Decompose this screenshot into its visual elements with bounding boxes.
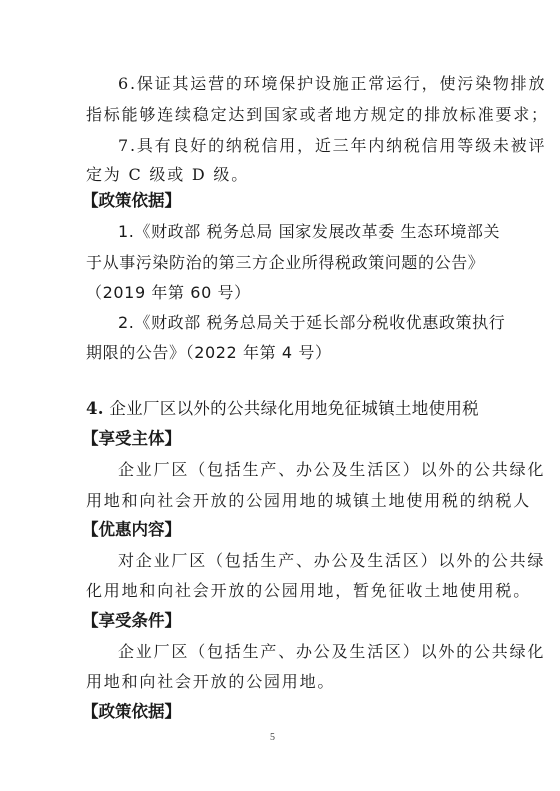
- policy-basis-1-line-3: （2019 年第 60 号）: [86, 283, 481, 303]
- policy-basis-1-line-1: 1.《财政部 税务总局 国家发展改革委 生态环境部关: [118, 222, 481, 242]
- conditions-line-2: 用地和向社会开放的公园用地。: [86, 672, 481, 692]
- condition-7-line-2: 定为 C 级或 D 级。: [86, 165, 481, 185]
- page-number: 5: [270, 732, 275, 743]
- content-heading: 【优惠内容】: [82, 520, 477, 540]
- beneficiary-heading: 【享受主体】: [82, 429, 477, 449]
- conditions-line-1: 企业厂区（包括生产、办公及生活区）以外的公共绿化: [118, 642, 481, 662]
- content-line-2: 化用地和向社会开放的公园用地，暂免征收土地使用税。: [86, 581, 481, 601]
- policy-basis-1-line-2: 于从事污染防治的第三方企业所得税政策问题的公告》: [86, 253, 481, 273]
- policy-basis-heading: 【政策依据】: [82, 191, 477, 211]
- beneficiary-line-2: 用地和向社会开放的公园用地的城镇土地使用税的纳税人: [86, 491, 481, 511]
- section-title-text: 企业厂区以外的公共绿化用地免征城镇土地使用税: [109, 399, 479, 418]
- document-page: 6.保证其运营的环境保护设施正常运行，使污染物排放 指标能够连续稳定达到国家或者…: [0, 0, 560, 791]
- content-line-1: 对企业厂区（包括生产、办公及生活区）以外的公共绿: [118, 551, 481, 571]
- policy-basis-2-line-1: 2.《财政部 税务总局关于延长部分税收优惠政策执行: [118, 313, 481, 333]
- policy-basis-2-line-2: 期限的公告》（2022 年第 4 号）: [86, 343, 481, 363]
- section-4-policy-basis-heading: 【政策依据】: [82, 702, 477, 722]
- condition-6-line-2: 指标能够连续稳定达到国家或者地方规定的排放标准要求；: [86, 105, 481, 125]
- section-number: 4.: [86, 399, 104, 418]
- conditions-heading: 【享受条件】: [82, 611, 477, 631]
- section-4-title: 4. 企业厂区以外的公共绿化用地免征城镇土地使用税: [86, 399, 481, 419]
- condition-6-line-1: 6.保证其运营的环境保护设施正常运行，使污染物排放: [118, 74, 481, 94]
- condition-7-line-1: 7.具有良好的纳税信用，近三年内纳税信用等级未被评: [118, 136, 481, 156]
- beneficiary-line-1: 企业厂区（包括生产、办公及生活区）以外的公共绿化: [118, 460, 481, 480]
